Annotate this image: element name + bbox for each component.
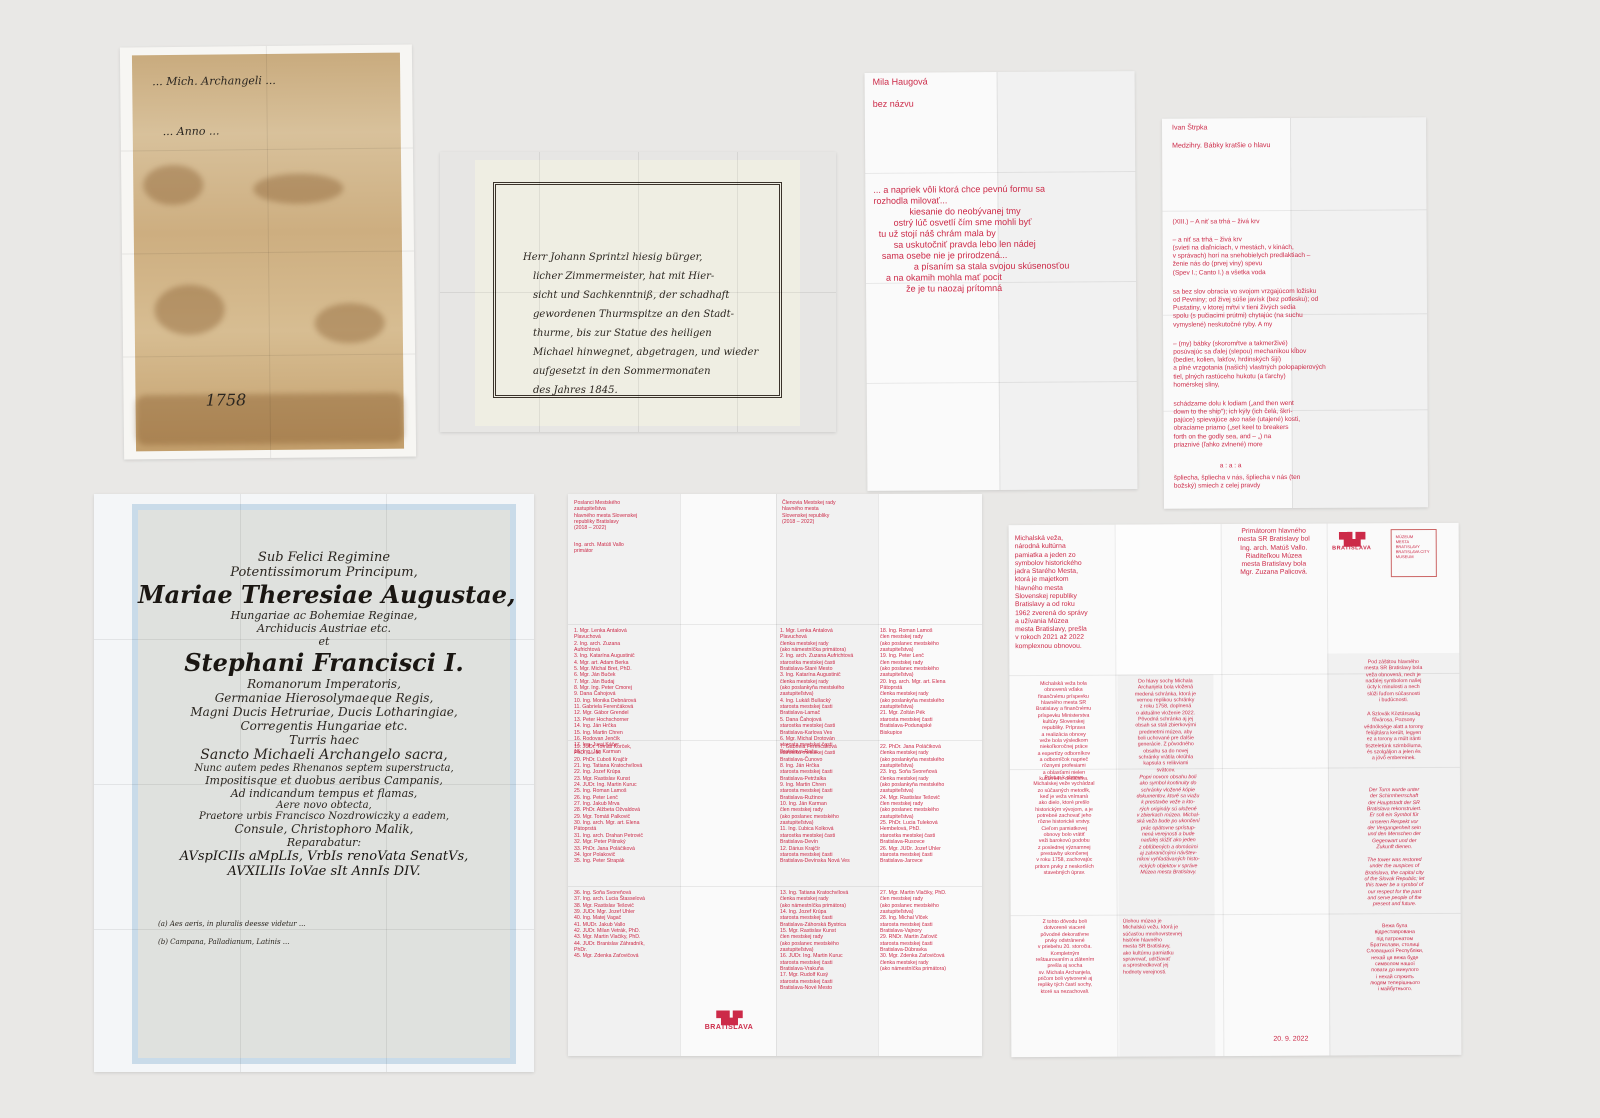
manuscript-line: ... Anno ... xyxy=(163,125,220,139)
bratislava-logo: ▜▙▛ BRATISLAVA xyxy=(1327,533,1377,551)
poem-stanza: špliecha, špliecha v nás, špliecha v nás… xyxy=(1174,474,1301,491)
poem-title: Medzihry. Bábky kratšie o hlavu xyxy=(1172,142,1270,151)
tower-documents: Popri novom obsahu boli ako symbol konti… xyxy=(1118,774,1219,876)
tower-credits: Primátorom hlavného mesta SR Bratislavy … xyxy=(1221,528,1327,578)
tower-info-sheet: Michalská veža, národná kultúrna pamiatk… xyxy=(1009,523,1462,1057)
letter-line: Herr Johann Sprintzl hiesig bürger, xyxy=(523,248,748,267)
council-members-list: 27. Mgr. Martin Vlačiky, PhD. člen mests… xyxy=(880,890,947,972)
deputies-list: 19. JUDr. Tomáš Korček, PhD., LL.M. 20. … xyxy=(574,744,643,865)
letter-line: des Jahres 1845. xyxy=(533,381,758,400)
tower-capsule: Do hlavy sochy Michala Archanjela bola v… xyxy=(1117,678,1213,774)
council-members-list: 1. Mgr. Lenka Antalová Plavuchová členka… xyxy=(780,628,853,755)
letter-line: sicht und Sachkenntniß, der schadhaft xyxy=(533,286,758,305)
tower-funding: Michalská veža bola obnovená vďaka finan… xyxy=(1013,681,1114,783)
poem-stanza: schádzame dolu k lodiam („and then went … xyxy=(1173,400,1300,449)
poem-body: ... a napriek vôli ktorá chce pevnú form… xyxy=(873,183,1134,294)
certificate-footnote: (a) Aes aeris, in pluralis deesse videtu… xyxy=(158,920,306,928)
bratislava-castle-icon: ▜▙▛ xyxy=(1327,533,1377,545)
letter-line: aufgesetzt in den Sommermonaten xyxy=(533,362,758,381)
poem-strpka-sheet: Ivan Štrpka Medzihry. Bábky kratšie o hl… xyxy=(1162,117,1428,508)
letter-line: thurme, bis zur Statue des heiligen xyxy=(533,324,758,343)
certificate-footnote: (b) Campana, Palladianum, Latinis ... xyxy=(158,938,289,946)
certificate-heading-stephan: Stephani Francisci I. xyxy=(138,648,510,677)
manuscript-line: ... Mich. Archangeli ... xyxy=(152,74,276,88)
poem-stanza: – a niť sa trhá – živá krv (svieti na di… xyxy=(1173,236,1311,277)
bratislava-logo: ▜▙▛ BRATISLAVA xyxy=(684,1012,774,1031)
poem-haugova-sheet: Mila Haugová bez názvu ... a napriek vôl… xyxy=(865,71,1138,491)
deputies-list: 1. Mgr. Lenka Antalová Plavuchová 2. Ing… xyxy=(574,628,636,755)
mayor-name: Ing. arch. Matúš Vallo primátor xyxy=(574,542,624,555)
manuscript-1758-sheet: ... Mich. Archangeli ... ... Anno ... 17… xyxy=(120,44,416,459)
tower-restoration: Z tohto dôvodu boli dotvorené viaceré pô… xyxy=(1015,919,1115,996)
poem-author: Mila Haugová xyxy=(873,77,928,88)
museum-stamp: MÚZEUM MESTA BRATISLAVY BRATISLAVA CITY … xyxy=(1391,529,1437,577)
poem-stanza: sa bez slov obracia vo svojom vrzgajúcom… xyxy=(1173,288,1318,329)
poem-author: Ivan Štrpka xyxy=(1172,124,1207,133)
council-members-list: 13. Ing. Tatiana Kratochvílová členka me… xyxy=(780,890,848,992)
deputies-list: 36. Ing. Soňa Svoreňová 37. Ing. arch. L… xyxy=(574,890,645,960)
certificate-chronogram: AVspICIIs aMpLIs, VrbIs renoVata SenatVs… xyxy=(138,849,510,864)
council-right-header: Členovia Mestskej rady hlavného mesta Sl… xyxy=(782,500,836,525)
certificate-heading-maria-theresa: Mariae Theresiae Augustae, xyxy=(138,580,510,609)
council-members-list: 7. Gabriela Ferenčáková starostka mestsk… xyxy=(780,744,850,865)
dedication-sk: Pod záštitou hlavného mesta SR Bratislav… xyxy=(1329,659,1457,704)
dedication-hu: A Szlovák Köztársaság fővárosa, Pozsony … xyxy=(1330,711,1458,762)
poem-subtitle: (XIII.) – A niť sa trhá – živá krv xyxy=(1173,218,1260,227)
tower-mission: Úlohou múzea je Michalskú vežu, ktorá je… xyxy=(1123,918,1223,976)
letter-line: Michael hinwegnet, abgetragen, und wiede… xyxy=(533,343,758,362)
tower-approach: Prístup k obnove Michalskej veže vychádz… xyxy=(1014,775,1115,877)
council-left-header: Poslanci Mestského zastupiteľstva hlavné… xyxy=(574,500,637,532)
poem-title: bez názvu xyxy=(873,99,914,110)
tower-intro: Michalská veža, národná kultúrna pamiatk… xyxy=(1015,535,1088,651)
council-list-sheet: Poslanci Mestského zastupiteľstva hlavné… xyxy=(568,494,982,1056)
letter-line: licher Zimmermeister, hat mit Hier- xyxy=(533,267,758,286)
bratislava-castle-icon: ▜▙▛ xyxy=(684,1012,774,1024)
dedication-en: The tower was restored under the auspice… xyxy=(1330,857,1458,908)
dedication-uk: Вежа була відреставрована під патронатом… xyxy=(1331,923,1459,993)
certificate-chronogram: AVXILIIs IoVae sIt AnnIs DIV. xyxy=(138,864,510,879)
letter-line: gewordenen Thurmspitze an den Stadt- xyxy=(533,305,758,324)
letter-1845-sheet: Herr Johann Sprintzl hiesig bürger, lich… xyxy=(440,152,836,432)
poem-stanza: – (my) bábky (skoromŕtve a takmerživé) p… xyxy=(1173,340,1326,390)
dedication-de: Der Turm wurde unter der Schirmherrschaf… xyxy=(1330,787,1458,851)
council-members-list: 22. PhDr. Jana Poláčiková členka mestske… xyxy=(880,744,944,865)
certificate-1764-sheet: Sub Felici Regimine Potentissimorum Prin… xyxy=(94,494,534,1072)
manuscript-year: 1758 xyxy=(205,390,246,409)
council-members-list: 18. Ing. Roman Lamoš člen mestskej rady … xyxy=(880,628,945,736)
tower-date: 20. 9. 2022 xyxy=(1273,1036,1308,1045)
poem-refrain: a : a : a xyxy=(1220,462,1242,470)
